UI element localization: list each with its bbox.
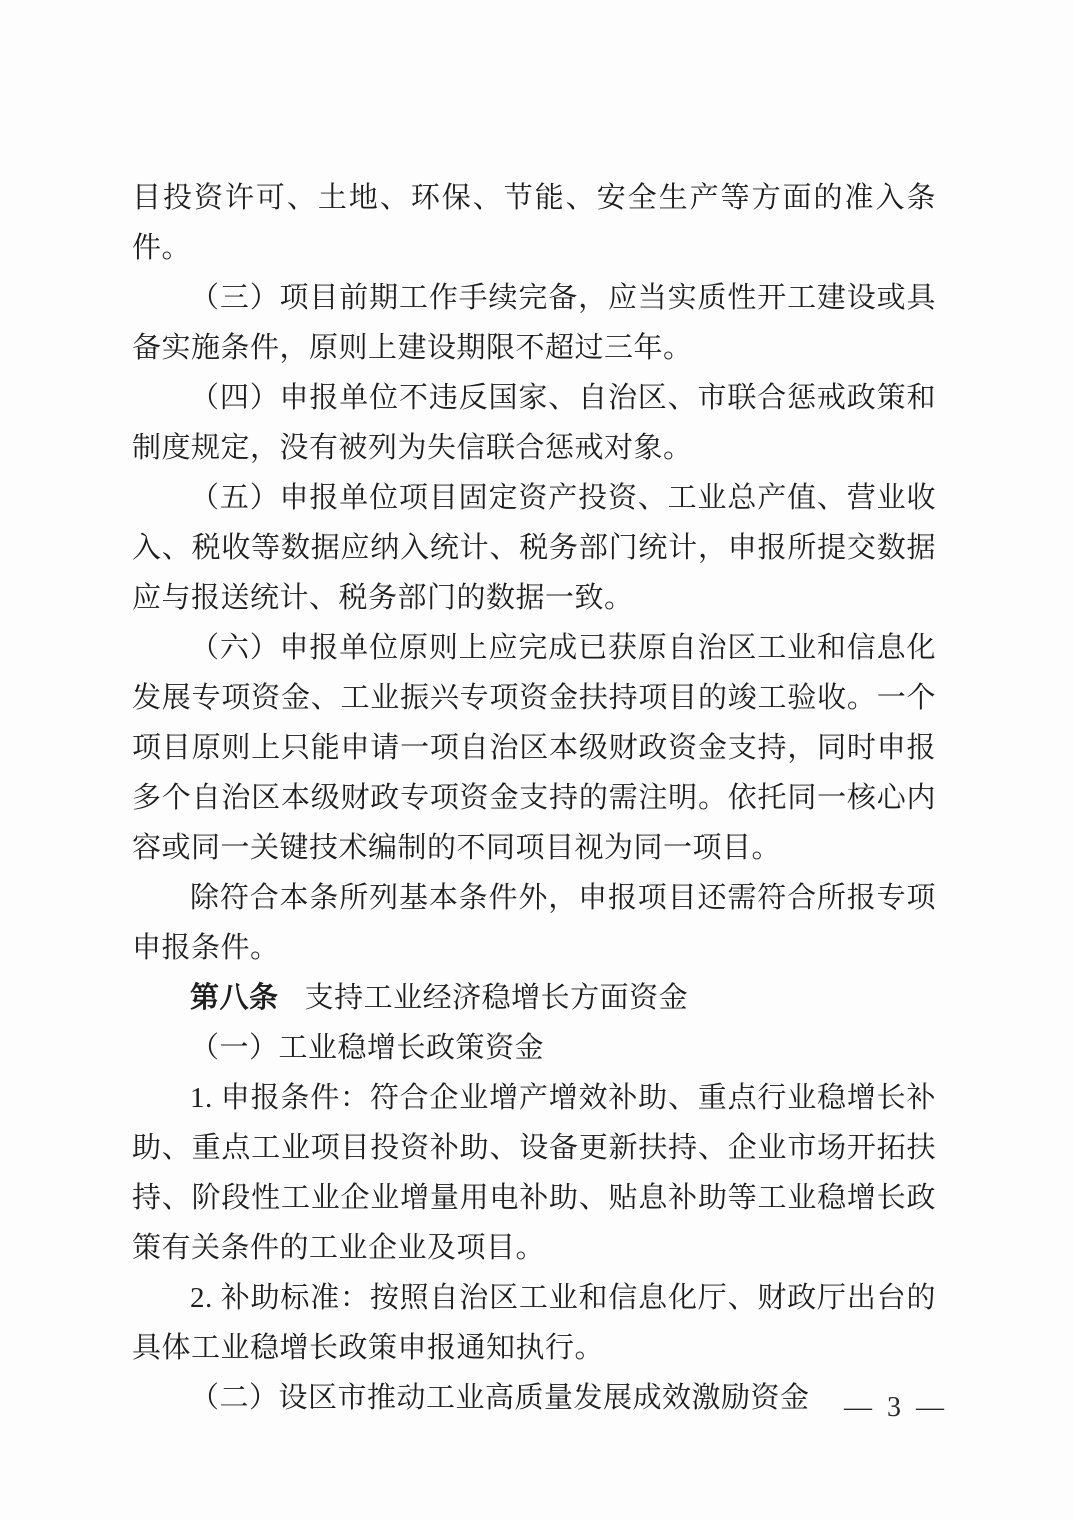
para-item-6: （六）申报单位原则上应完成已获原自治区工业和信息化发展专项资金、工业振兴专项资金… <box>132 623 936 873</box>
para-sub-1-standard: 2. 补助标准：按照自治区工业和信息化厅、财政厅出台的具体工业稳增长政策申报通知… <box>132 1273 936 1373</box>
para-item-5: （五）申报单位项目固定资产投资、工业总产值、营业收入、税收等数据应纳入统计、税务… <box>132 473 936 623</box>
document-body: 目投资许可、土地、环保、节能、安全生产等方面的准入条件。（三）项目前期工作手续完… <box>132 173 936 1423</box>
para-sub-1-title: （一）工业稳增长政策资金 <box>132 1023 936 1073</box>
para-sub-1-conditions: 1. 申报条件：符合企业增产增效补助、重点行业稳增长补助、重点工业项目投资补助、… <box>132 1073 936 1273</box>
document-page: 目投资许可、土地、环保、节能、安全生产等方面的准入条件。（三）项目前期工作手续完… <box>0 0 1074 1520</box>
article-heading-lead: 第八条 <box>190 982 279 1014</box>
para-sub-2-title: （二）设区市推动工业高质量发展成效激励资金 <box>132 1373 936 1423</box>
para-basic-conditions-note: 除符合本条所列基本条件外，申报项目还需符合所报专项申报条件。 <box>132 873 936 973</box>
para-continuation-access-conditions: 目投资许可、土地、环保、节能、安全生产等方面的准入条件。 <box>132 173 936 273</box>
page-number: — 3 — <box>844 1388 948 1428</box>
para-article-8: 第八条支持工业经济稳增长方面资金 <box>132 973 936 1023</box>
para-item-3: （三）项目前期工作手续完备，应当实质性开工建设或具备实施条件，原则上建设期限不超… <box>132 273 936 373</box>
para-item-4: （四）申报单位不违反国家、自治区、市联合惩戒政策和制度规定，没有被列为失信联合惩… <box>132 373 936 473</box>
